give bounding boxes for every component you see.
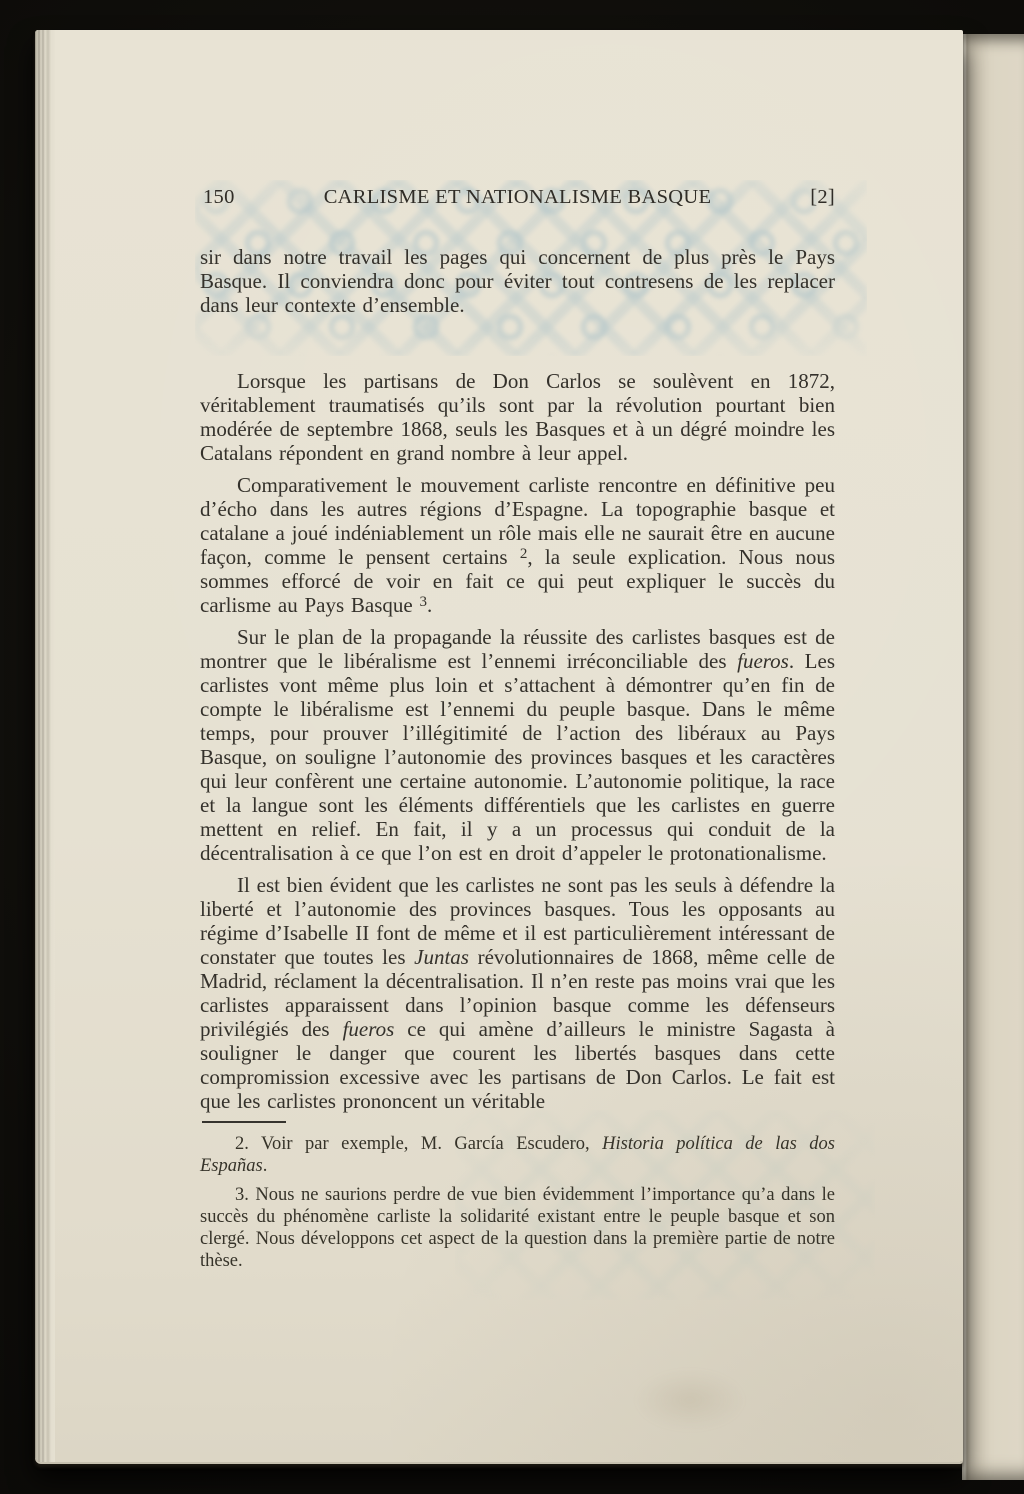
paragraph: Lorsque les partisans de Don Carlos se s… [200, 369, 835, 465]
paper-smudge [635, 1370, 745, 1430]
footnote-separator [202, 1121, 286, 1123]
running-title: CARLISME ET NATIONALISME BASQUE [200, 185, 835, 209]
footnote-block: 2. Voir par exemple, M. García Escudero,… [200, 1133, 835, 1272]
paragraph: sir dans notre travail les pages qui con… [200, 245, 835, 317]
book-page: 150 CARLISME ET NATIONALISME BASQUE [2] … [35, 30, 963, 1462]
page-content: 150 CARLISME ET NATIONALISME BASQUE [2] … [200, 30, 835, 1272]
paragraph: Il est bien évident que les carlistes ne… [200, 873, 835, 1113]
photo-backdrop: 150 CARLISME ET NATIONALISME BASQUE [2] … [0, 0, 1024, 1494]
adjacent-page-edge [962, 34, 1024, 1480]
header-bracket-number: [2] [810, 185, 835, 209]
footnote: 2. Voir par exemple, M. García Escudero,… [200, 1133, 835, 1177]
page-edge-stack [35, 30, 55, 1462]
footnote: 3. Nous ne saurions perdre de vue bien é… [200, 1184, 835, 1272]
paragraph: Sur le plan de la propagande la réussite… [200, 625, 835, 865]
paragraph: Comparativement le mouvement carliste re… [200, 473, 835, 617]
running-head: 150 CARLISME ET NATIONALISME BASQUE [2] [200, 185, 835, 209]
body-text: sir dans notre travail les pages qui con… [200, 245, 835, 1113]
